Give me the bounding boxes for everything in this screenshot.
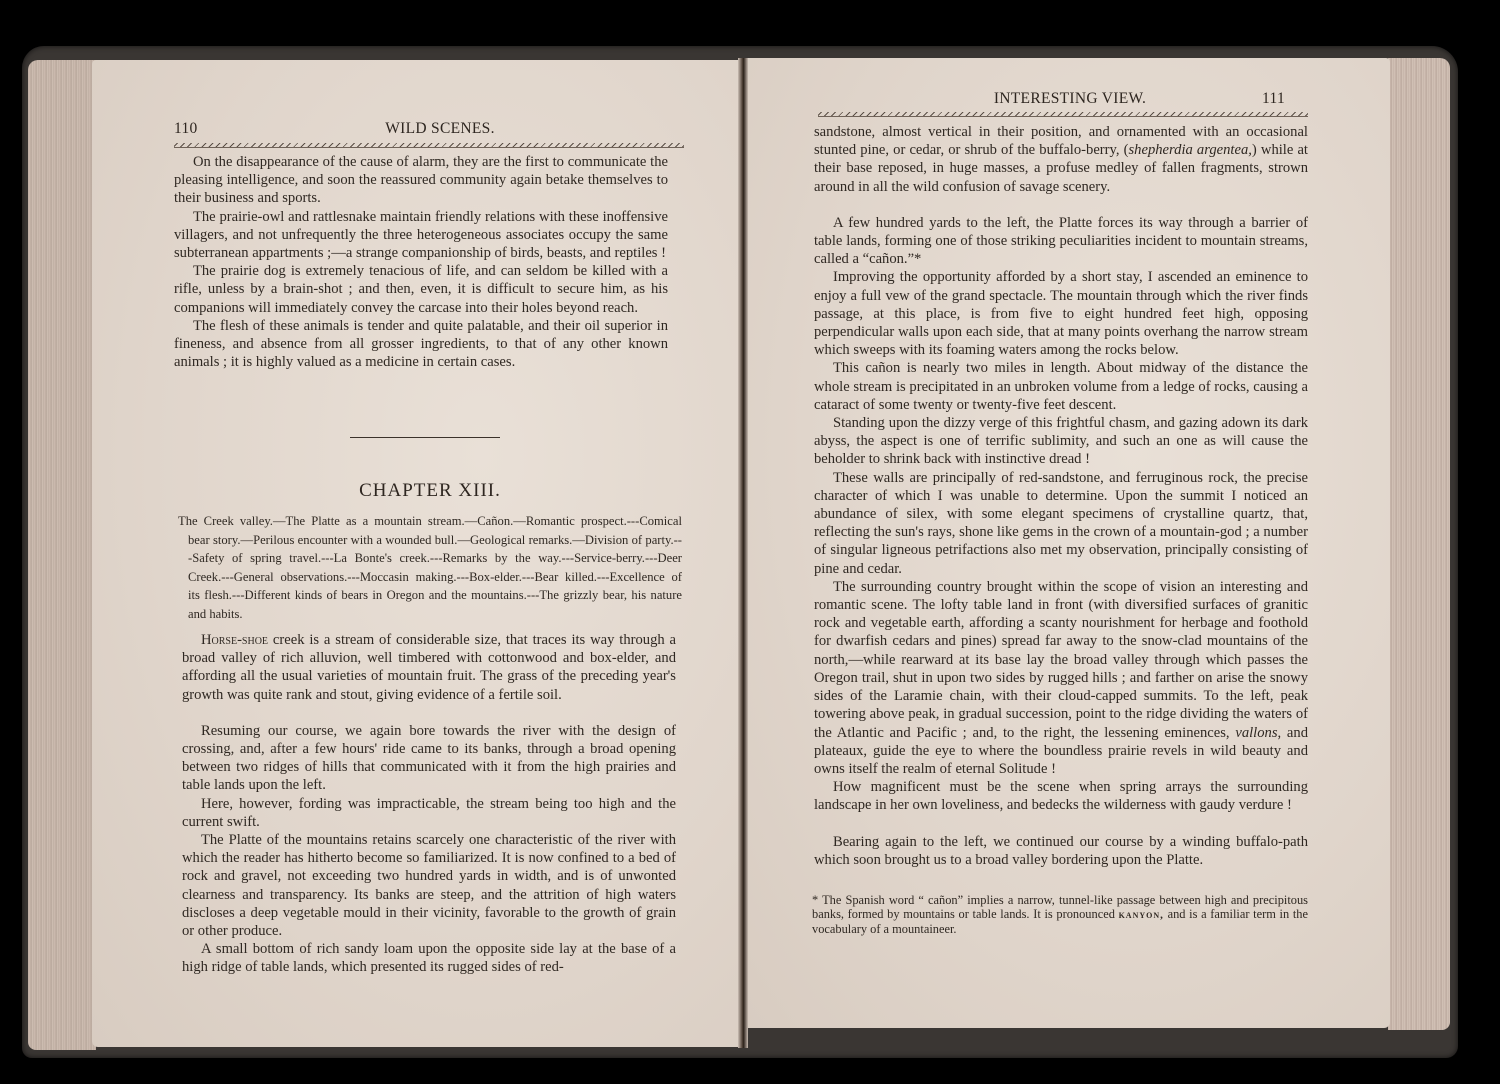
paragraph: Here, however, fording was impracticable… <box>182 795 676 831</box>
view-text: The surrounding country brought within t… <box>814 579 1308 741</box>
opening-paragraph: Horse-shoe creek is a stream of consider… <box>182 631 676 704</box>
right-running-head: INTERESTING VIEW. <box>950 90 1190 108</box>
paragraph: The Platte of the mountains retains scar… <box>182 831 676 940</box>
chapter-divider-rule <box>350 437 500 438</box>
chapter-title: CHAPTER XIII. <box>170 480 690 502</box>
italic-species-name: shepherdia argentea, <box>1129 142 1252 158</box>
paragraph: The flesh of these animals is tender and… <box>174 317 668 372</box>
page-edges-right <box>1388 58 1450 1030</box>
book-gutter <box>738 58 748 1048</box>
paragraph: The prairie dog is extremely tenacious o… <box>174 262 668 317</box>
paragraph: The prairie-owl and rattlesnake maintain… <box>174 208 668 263</box>
opening-small-caps: Horse-shoe <box>201 632 268 648</box>
footnote: * The Spanish word “ cañon” implies a na… <box>812 893 1308 936</box>
page-edges-left <box>28 60 96 1050</box>
paragraph: How magnificent must be the scene when s… <box>814 778 1308 814</box>
paragraph: These walls are principally of red-sands… <box>814 469 1308 578</box>
paragraph: A small bottom of rich sandy loam upon t… <box>182 940 676 976</box>
left-text-block-chapter: Horse-shoe creek is a stream of consider… <box>182 631 676 977</box>
italic-word: vallons <box>1235 725 1277 741</box>
view-paragraph: The surrounding country brought within t… <box>814 578 1308 778</box>
right-header-rule <box>818 112 1308 117</box>
paragraph: Standing upon the dizzy verge of this fr… <box>814 414 1308 469</box>
paragraph: Resuming our course, we again bore towar… <box>182 722 676 795</box>
right-page-number: 111 <box>1262 90 1285 108</box>
left-running-head: WILD SCENES. <box>340 120 540 138</box>
chapter-synopsis: The Creek valley.—The Platte as a mounta… <box>178 512 682 624</box>
footnote-small-caps: kanyon, <box>1119 909 1164 921</box>
right-text-block: sandstone, almost vertical in their posi… <box>814 123 1308 869</box>
paragraph: Bearing again to the left, we continued … <box>814 833 1308 869</box>
paragraph: A few hundred yards to the left, the Pla… <box>814 214 1308 269</box>
left-header-rule <box>174 143 684 148</box>
left-text-block-top: On the disappearance of the cause of ala… <box>174 153 668 371</box>
paragraph: This cañon is nearly two miles in length… <box>814 359 1308 414</box>
continuation-paragraph: sandstone, almost vertical in their posi… <box>814 123 1308 196</box>
left-page-number: 110 <box>174 120 198 138</box>
paragraph: On the disappearance of the cause of ala… <box>174 153 668 208</box>
paragraph: Improving the opportunity afforded by a … <box>814 268 1308 359</box>
